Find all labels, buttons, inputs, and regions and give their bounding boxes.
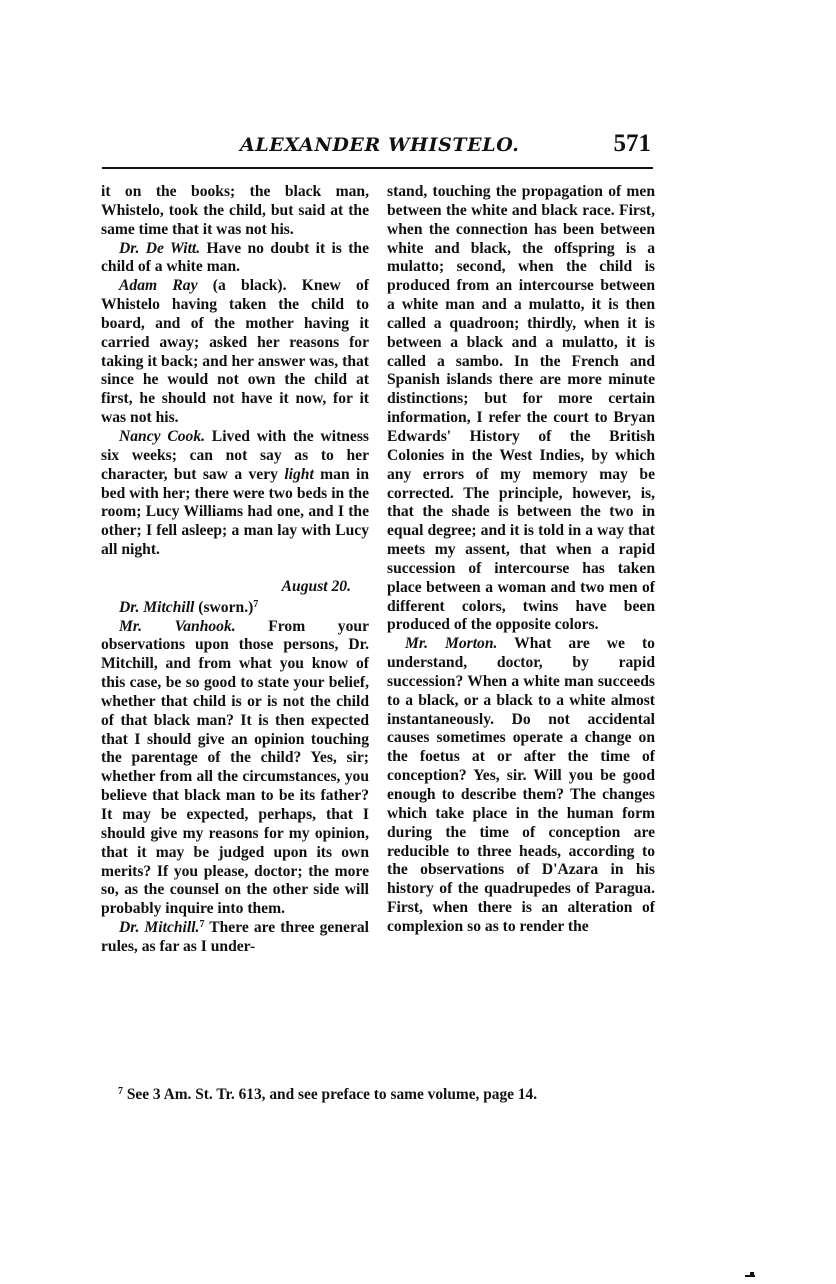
testimony-adam-ray: Adam Ray (a black). Knew of Whistelo hav… — [101, 277, 369, 428]
paragraph-continuation: it on the books; the black man, Whistelo… — [101, 183, 369, 240]
testimony-vanhook: Mr. Vanhook. From your observations upon… — [101, 618, 369, 920]
speaker-name: Dr. De Witt. — [119, 240, 200, 257]
footnote: 7 See 3 Am. St. Tr. 613, and see preface… — [118, 1086, 678, 1104]
testimony-text: From your observations upon those person… — [101, 618, 369, 918]
testimony-text: What are we to understand, doctor, by ra… — [387, 635, 655, 935]
speaker-name: Mr. Vanhook. — [119, 618, 236, 635]
speaker-name: Mr. Morton. — [405, 635, 497, 652]
testimony-nancy-cook: Nancy Cook. Lived with the witness six w… — [101, 428, 369, 560]
footnote-reference: 7 — [253, 599, 258, 610]
speaker-name: Nancy Cook. — [119, 428, 205, 445]
speaker-name: Dr. Mitchill — [119, 599, 194, 616]
running-header: ALEXANDER WHISTELO. 571 — [102, 132, 653, 164]
speaker-name: Adam Ray — [119, 277, 198, 294]
testimony-text: (a black). Knew of Whistelo having taken… — [101, 277, 369, 426]
witness-sworn: Dr. Mitchill (sworn.)7 — [101, 599, 369, 618]
running-title: ALEXANDER WHISTELO. — [240, 134, 519, 156]
footnote-text: See 3 Am. St. Tr. 613, and see preface t… — [123, 1086, 537, 1103]
testimony-morton: Mr. Morton. What are we to understand, d… — [387, 635, 655, 937]
testimony-text: (sworn.) — [194, 599, 253, 616]
header-rule — [102, 167, 653, 169]
speaker-name: Dr. Mitchill. — [119, 919, 199, 936]
testimony-mitchill: Dr. Mitchill.7 There are three general r… — [101, 919, 369, 957]
scan-artifact-mark — [745, 1273, 755, 1277]
session-date: August 20. — [101, 578, 369, 597]
page-number: 571 — [614, 130, 652, 158]
paragraph-text: stand, touching the propagation of men b… — [387, 183, 655, 633]
paragraph-continuation: stand, touching the propagation of men b… — [387, 183, 655, 635]
right-column: stand, touching the propagation of men b… — [387, 183, 655, 937]
testimony-de-witt: Dr. De Witt. Have no doubt it is the chi… — [101, 240, 369, 278]
paragraph-text: it on the books; the black man, Whistelo… — [101, 183, 369, 238]
emphasis-word: light — [284, 466, 313, 483]
left-column: it on the books; the black man, Whistelo… — [101, 183, 369, 957]
book-page: ALEXANDER WHISTELO. 571 it on the books;… — [0, 0, 836, 1284]
